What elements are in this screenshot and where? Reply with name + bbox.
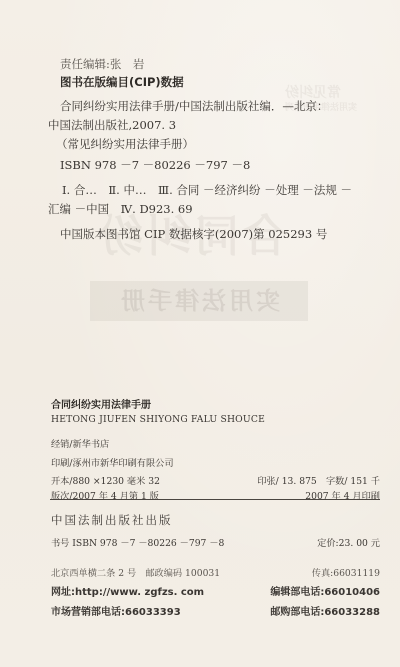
address: 北京西单横二条 2 号 邮政编码 100031 — [51, 565, 220, 579]
editorial-phone: 编辑部电话:66010406 — [270, 583, 380, 598]
responsible-editor: 责任编辑:张 岩 — [60, 56, 144, 72]
website: 网址:http://www. zgfzs. com — [51, 583, 204, 598]
fax: 传真:66031119 — [312, 565, 380, 579]
book-title-cn: 合同纠纷实用法律手册 — [51, 396, 151, 411]
price: 定价:23. 00 元 — [317, 535, 380, 549]
ghost-banner: 实用法律手册 — [90, 281, 308, 321]
mail-order-phone: 邮购部电话:66033288 — [270, 603, 380, 618]
divider — [50, 499, 380, 500]
cip-subject-line-1: Ⅰ. 合… Ⅱ. 中… Ⅲ. 合同 －经济纠纷 －处理 －法规 － — [62, 182, 352, 198]
cip-series: （常见纠纷实用法律手册） — [56, 136, 194, 152]
book-page: 常见纠纷 实用法律手册系列 合同纠纷 实用法律手册 责任编辑:张 岩 图书在版编… — [0, 0, 400, 667]
printer: 印刷/涿州市新华印刷有限公司 — [51, 455, 174, 469]
ghost-banner-text: 实用法律手册 — [90, 281, 308, 321]
cip-subject-line-2: 汇编 －中国 Ⅳ. D923. 69 — [48, 201, 193, 217]
format: 开本/880 ×1230 毫米 32 — [51, 473, 160, 487]
book-number: 书号 ISBN 978 －7 －80226 －797 －8 — [51, 535, 224, 549]
publisher-name: 中国法制出版社出版 — [51, 512, 173, 528]
book-title-pinyin: HETONG JIUFEN SHIYONG FALU SHOUCE — [51, 414, 265, 425]
cip-entry-line-2: 中国法制出版社,2007. 3 — [48, 117, 176, 133]
cip-entry-line-1: 合同纠纷实用法律手册/中国法制出版社编．—北京： — [60, 98, 328, 114]
distributor: 经销/新华书店 — [51, 436, 109, 450]
cip-number: 中国版本图书馆 CIP 数据核字(2007)第 025293 号 — [60, 226, 327, 242]
cip-isbn: ISBN 978 －7 －80226 －797 －8 — [60, 157, 250, 173]
sheets-words: 印张/ 13. 875 字数/ 151 千 — [257, 473, 380, 487]
cip-heading: 图书在版编目(CIP)数据 — [60, 74, 184, 90]
marketing-phone: 市场营销部电话:66033393 — [51, 603, 181, 618]
